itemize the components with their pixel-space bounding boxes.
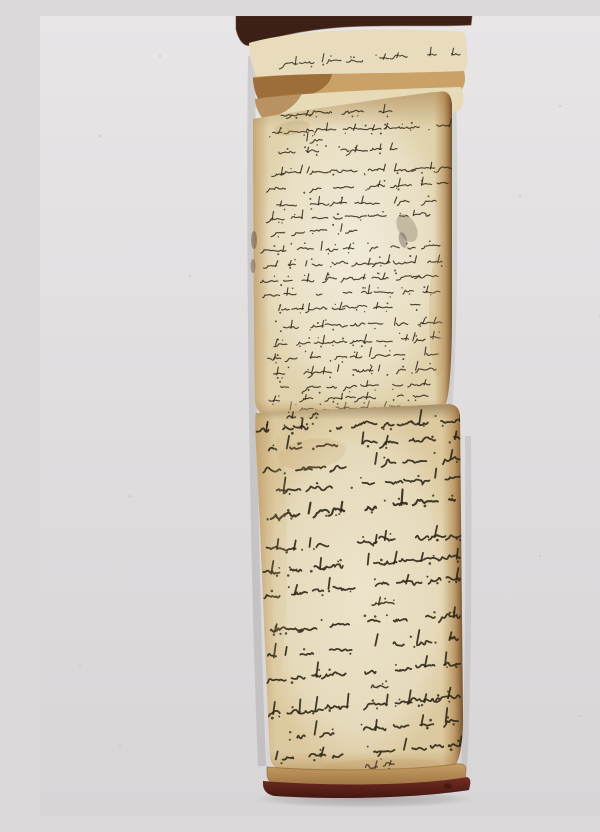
photo-scene: Photograph of an old oblong manuscript n… bbox=[40, 16, 600, 816]
stain bbox=[251, 231, 257, 249]
manuscript-photo bbox=[40, 16, 600, 816]
stain bbox=[269, 436, 287, 676]
stain bbox=[429, 256, 447, 376]
stain bbox=[251, 259, 256, 273]
stain bbox=[444, 783, 452, 789]
top-page bbox=[253, 90, 453, 416]
